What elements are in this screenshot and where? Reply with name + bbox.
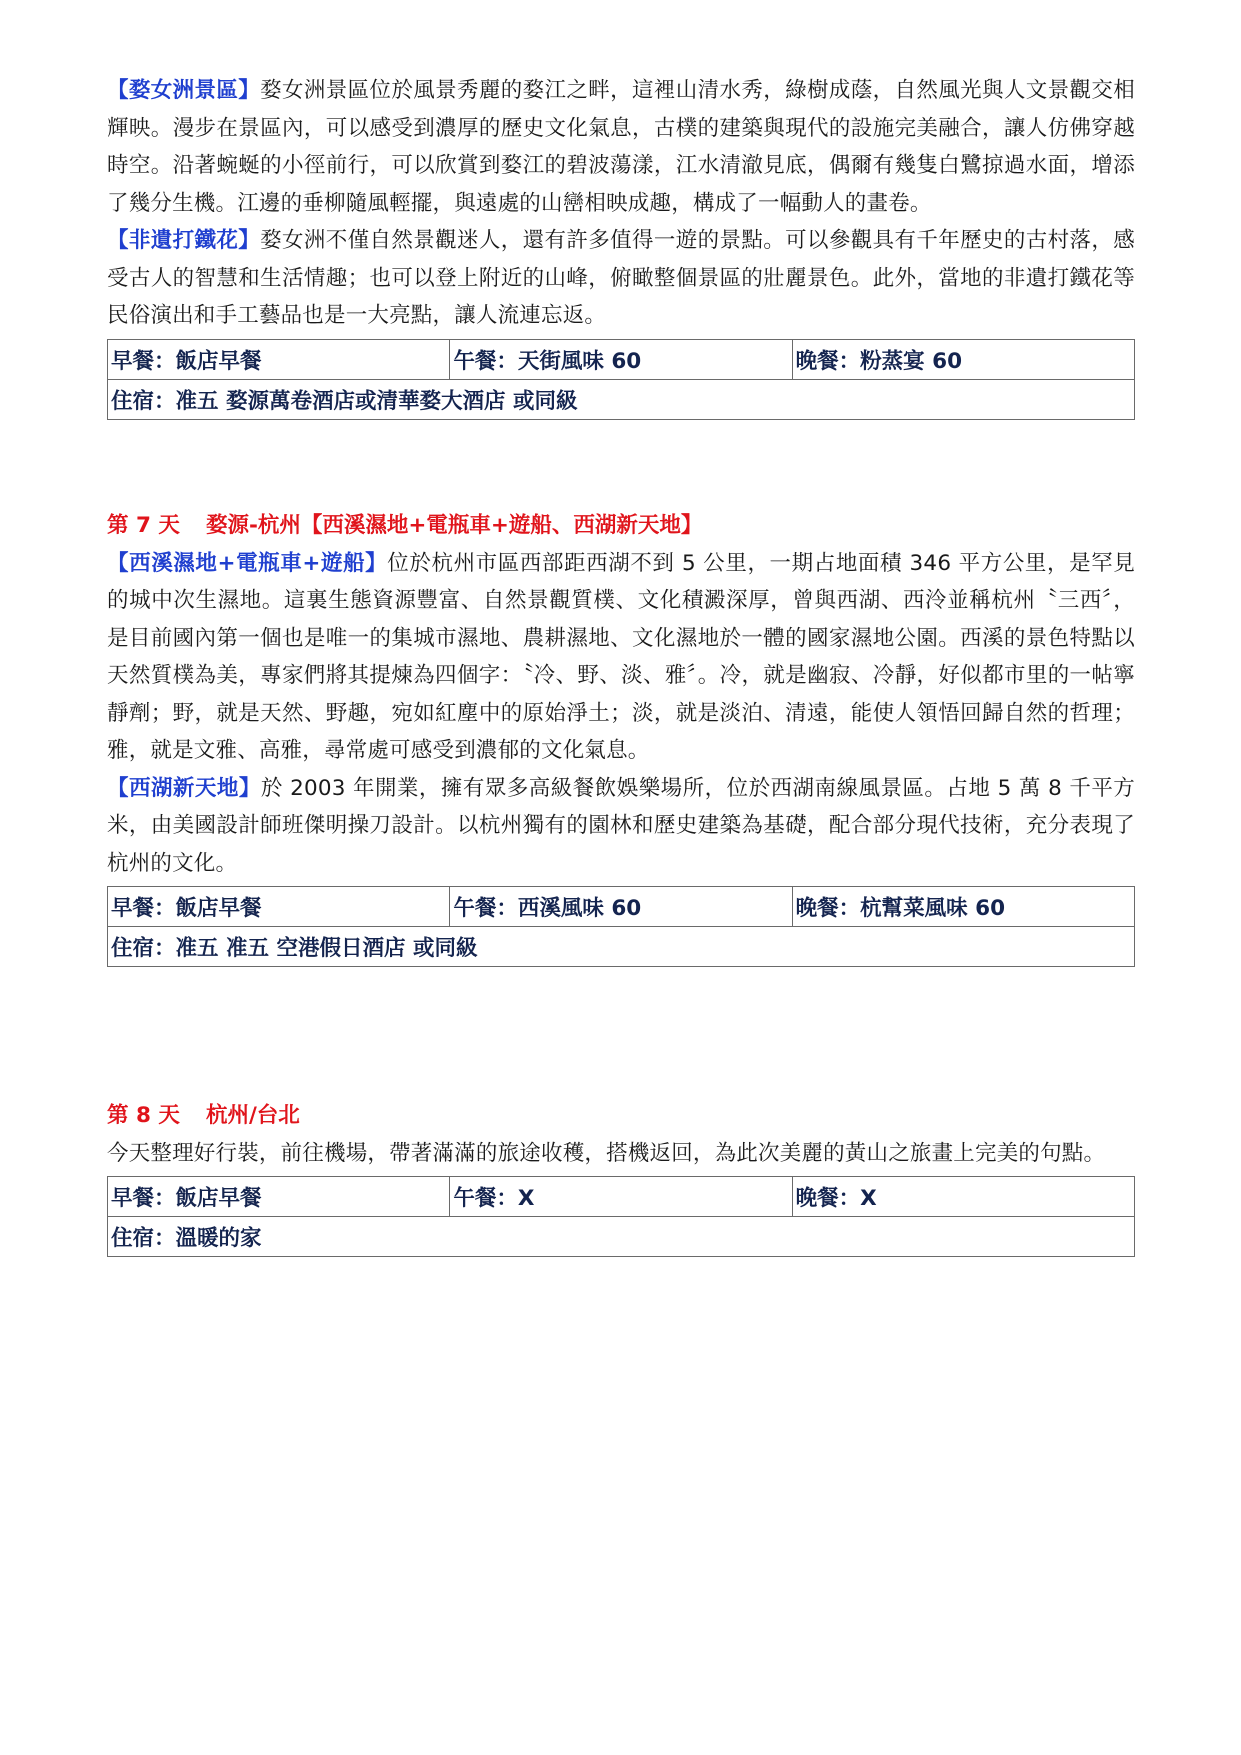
meal-table-day7: 早餐：飯店早餐 午餐：西溪風味 60 晚餐：杭幫菜風味 60 住宿：准五 准五 …: [107, 886, 1135, 967]
lodging-cell: 住宿：溫暖的家: [108, 1217, 1135, 1257]
paragraph-return-home: 今天整理好行裝，前往機場，帶著滿滿的旅途收穫，搭機返回，為此次美麗的黃山之旅畫上…: [107, 1135, 1135, 1173]
lunch-cell: 午餐：X: [450, 1177, 792, 1217]
lodging-cell: 住宿：准五 准五 空港假日酒店 或同級: [108, 927, 1135, 967]
paragraph-text: 位於杭州市區西部距西湖不到 5 公里，一期占地面積 346 平方公里，是罕見的城…: [107, 551, 1135, 764]
paragraph-wunvzhou: 【婺女洲景區】婺女洲景區位於風景秀麗的婺江之畔，這裡山清水秀，綠樹成蔭，自然風光…: [107, 72, 1135, 222]
paragraph-xixi-wetland: 【西溪濕地+電瓶車+遊船】位於杭州市區西部距西湖不到 5 公里，一期占地面積 3…: [107, 545, 1135, 770]
breakfast-cell: 早餐：飯店早餐: [108, 887, 450, 927]
paragraph-xihu-xintiandi: 【西湖新天地】於 2003 年開業，擁有眾多高級餐飲娛樂場所，位於西湖南線風景區…: [107, 770, 1135, 883]
day7-section: 第 7 天婺源-杭州【西溪濕地+電瓶車+遊船、西湖新天地】 【西溪濕地+電瓶車+…: [107, 507, 1135, 967]
dinner-cell: 晚餐：杭幫菜風味 60: [792, 887, 1134, 927]
day-label: 第 8 天: [107, 1103, 180, 1128]
breakfast-cell: 早餐：飯店早餐: [108, 1177, 450, 1217]
attraction-tag: 【非遺打鐵花】: [107, 228, 260, 253]
dinner-cell: 晚餐：粉蒸宴 60: [792, 339, 1134, 379]
meal-table-day6: 早餐：飯店早餐 午餐：天街風味 60 晚餐：粉蒸宴 60 住宿：准五 婺源萬卷酒…: [107, 339, 1135, 420]
dinner-cell: 晚餐：X: [792, 1177, 1134, 1217]
breakfast-cell: 早餐：飯店早餐: [108, 339, 450, 379]
day8-section: 第 8 天杭州/台北 今天整理好行裝，前往機場，帶著滿滿的旅途收穫，搭機返回，為…: [107, 1097, 1135, 1257]
day-route: 婺源-杭州【西溪濕地+電瓶車+遊船、西湖新天地】: [206, 513, 702, 538]
day-title: 第 7 天婺源-杭州【西溪濕地+電瓶車+遊船、西湖新天地】: [107, 507, 1135, 545]
day-title: 第 8 天杭州/台北: [107, 1097, 1135, 1135]
lunch-cell: 午餐：西溪風味 60: [450, 887, 792, 927]
paragraph-text: 於 2003 年開業，擁有眾多高級餐飲娛樂場所，位於西湖南線風景區。占地 5 萬…: [107, 776, 1135, 876]
attraction-tag: 【西湖新天地】: [107, 776, 261, 801]
day6-continued-section: 【婺女洲景區】婺女洲景區位於風景秀麗的婺江之畔，這裡山清水秀，綠樹成蔭，自然風光…: [107, 72, 1135, 420]
attraction-tag: 【婺女洲景區】: [107, 78, 260, 103]
day-label: 第 7 天: [107, 513, 180, 538]
meal-table-day8: 早餐：飯店早餐 午餐：X 晚餐：X 住宿：溫暖的家: [107, 1176, 1135, 1257]
paragraph-iron-flower: 【非遺打鐵花】婺女洲不僅自然景觀迷人，還有許多值得一遊的景點。可以參觀具有千年歷…: [107, 222, 1135, 335]
lunch-cell: 午餐：天街風味 60: [450, 339, 792, 379]
paragraph-text: 婺女洲不僅自然景觀迷人，還有許多值得一遊的景點。可以參觀具有千年歷史的古村落，感…: [107, 228, 1135, 328]
attraction-tag: 【西溪濕地+電瓶車+遊船】: [107, 551, 387, 576]
day-route: 杭州/台北: [206, 1103, 300, 1128]
lodging-cell: 住宿：准五 婺源萬卷酒店或清華婺大酒店 或同級: [108, 379, 1135, 419]
paragraph-text: 今天整理好行裝，前往機場，帶著滿滿的旅途收穫，搭機返回，為此次美麗的黃山之旅畫上…: [107, 1141, 1105, 1166]
paragraph-text: 婺女洲景區位於風景秀麗的婺江之畔，這裡山清水秀，綠樹成蔭，自然風光與人文景觀交相…: [107, 78, 1135, 216]
